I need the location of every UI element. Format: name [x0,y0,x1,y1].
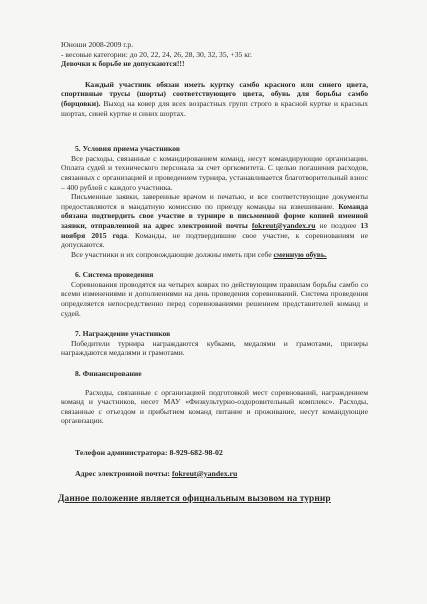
spacer [61,458,368,469]
deadline-prefix: не позднее [316,221,361,230]
section-6-text: Соревнования проводятся на четырех ковра… [61,280,368,318]
section-6-heading: 6. Система проведения [75,270,368,280]
phone-label: Телефон администратора: [75,448,169,457]
phone-line: Телефон администратора: 8-929-682-98-02 [75,448,368,458]
spacer [61,426,368,448]
applications-text: Письменные заявки, заверенные врачом и п… [61,192,368,211]
section-5-expenses: Все расходы, связанные с командированием… [61,154,368,192]
uniform-rules: Выход на ковер для всех возрастных групп… [61,99,368,118]
age-group: Юноши 2008-2009 г.р. [61,40,368,50]
section-8-heading: 8. Финансирование [75,369,368,379]
document-body: Юноши 2008-2009 г.р. - весовые категории… [61,40,368,505]
section-5-applications: Письменные заявки, заверенные врачом и п… [61,192,368,250]
email-link[interactable]: fokreut@yandex.ru [252,221,316,230]
shoes-text: Все участники и их сопровождающие должны… [71,250,274,259]
section-8-text: Расходы, связанные с организацией подгот… [61,388,368,426]
document-page: Юноши 2008-2009 г.р. - весовые категории… [0,0,427,604]
section-7-text: Победители турнира награждаются кубками,… [61,339,368,358]
weight-categories: - весовые категории: до 20, 22, 24, 26, … [61,50,368,60]
girls-note: Девочки к борьбе не допускаются!!! [61,59,368,69]
spacer [61,478,368,495]
phone-number: 8-929-682-98-02 [169,448,222,457]
spacer [61,379,368,388]
section-7-heading: 7. Награждение участников [75,329,368,339]
section-5-shoes: Все участники и их сопровождающие должны… [61,250,368,260]
spacer [61,118,368,144]
email-line: Адрес электронной почты: fokreut@yandex.… [75,469,368,479]
spacer [61,259,368,270]
section-5-heading: 5. Условия приема участников [75,144,368,154]
uniform-paragraph: Каждый участник обязан иметь куртку самб… [61,80,368,118]
official-invitation-note: Данное положение является официальным вы… [58,495,368,505]
contact-email-link[interactable]: fokreut@yandex.ru [172,469,237,478]
change-shoes: сменную обувь. [274,250,327,259]
spacer [61,69,368,80]
email-label: Адрес электронной почты: [75,469,172,478]
spacer [61,318,368,329]
spacer [61,358,368,369]
